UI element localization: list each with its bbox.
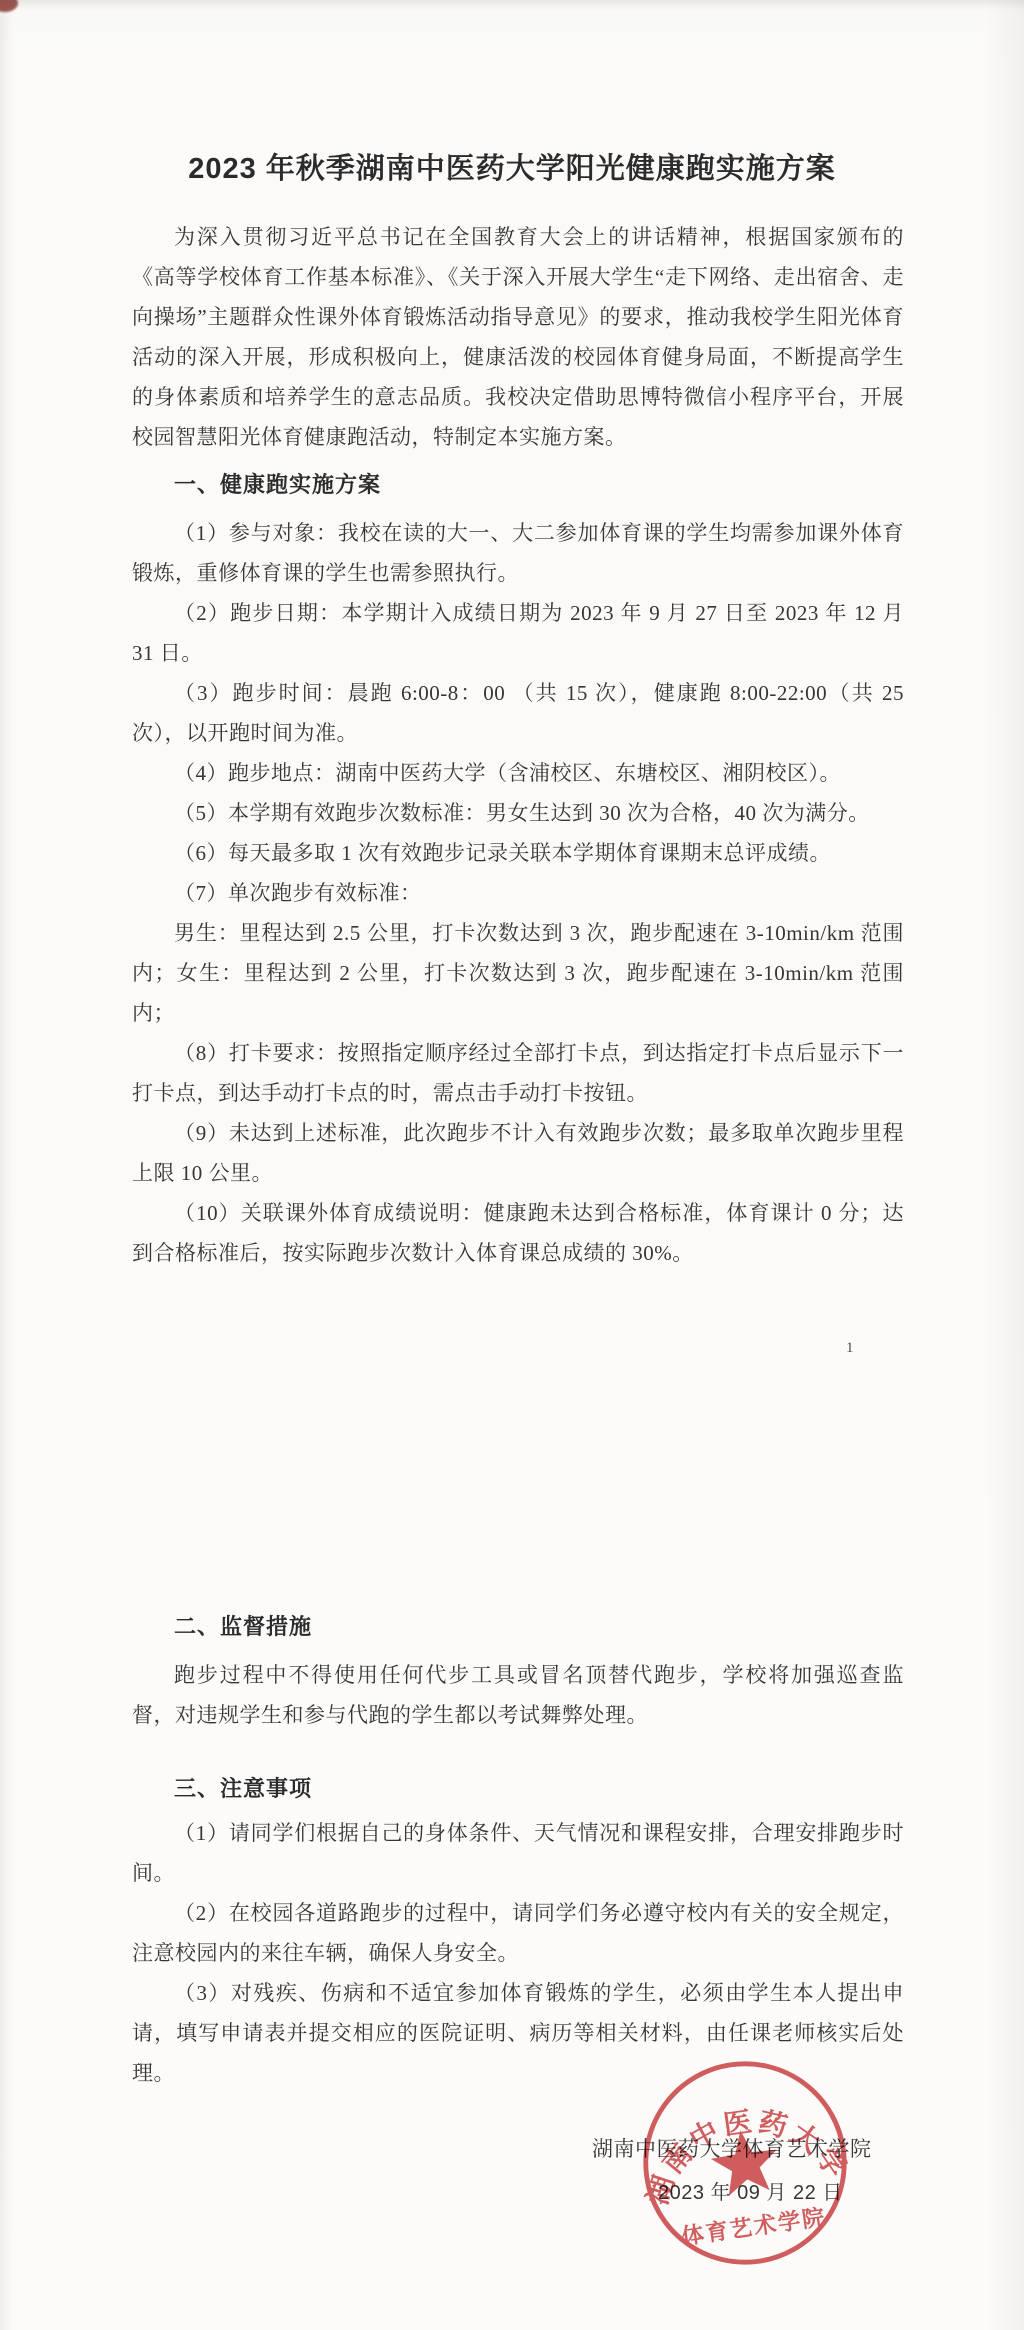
list-item: （4）跑步地点：湖南中医药大学（含浦校区、东塘校区、湘阴校区）。 bbox=[132, 753, 904, 793]
list-item: （8）打卡要求：按照指定顺序经过全部打卡点，到达指定打卡点后显示下一打卡点，到达… bbox=[132, 1033, 904, 1113]
section2-heading: 二、监督措施 bbox=[174, 1610, 312, 1641]
section3-heading: 三、注意事项 bbox=[174, 1772, 312, 1803]
document-title: 2023 年秋季湖南中医药大学阳光健康跑实施方案 bbox=[0, 146, 1024, 187]
list-item: （7）单次跑步有效标准： bbox=[132, 873, 904, 913]
section2-paragraph: 跑步过程中不得使用任何代步工具或冒名顶替代跑步，学校将加强巡查监督，对违规学生和… bbox=[132, 1655, 904, 1735]
scan-artifact-mark bbox=[0, 0, 18, 12]
official-seal-stamp-icon: 湖南中医药大学 体育艺术学院 bbox=[624, 2042, 866, 2284]
list-item: （5）本学期有效跑步次数标准：男女生达到 30 次为合格，40 次为满分。 bbox=[132, 793, 904, 833]
scanned-document-page: 2023 年秋季湖南中医药大学阳光健康跑实施方案 为深入贯彻习近平总书记在全国教… bbox=[0, 0, 1024, 2330]
section1-heading: 一、健康跑实施方案 bbox=[174, 468, 381, 499]
section1-items: （1）参与对象：我校在读的大一、大二参加体育课的学生均需参加课外体育锻炼，重修体… bbox=[132, 513, 904, 1273]
list-item: 男生：里程达到 2.5 公里，打卡次数达到 3 次，跑步配速在 3-10min/… bbox=[132, 913, 904, 1033]
intro-paragraph: 为深入贯彻习近平总书记在全国教育大会上的讲话精神，根据国家颁布的《高等学校体育工… bbox=[132, 217, 904, 457]
list-item: （2）跑步日期：本学期计入成绩日期为 2023 年 9 月 27 日至 2023… bbox=[132, 593, 904, 673]
list-item: （3）跑步时间：晨跑 6:00-8：00 （共 15 次），健康跑 8:00-2… bbox=[132, 673, 904, 753]
page-number: 1 bbox=[846, 1340, 854, 1357]
list-item: （10）关联课外体育成绩说明：健康跑未达到合格标准，体育课计 0 分；达到合格标… bbox=[132, 1193, 904, 1273]
list-item: （1）请同学们根据自己的身体条件、天气情况和课程安排，合理安排跑步时间。 bbox=[132, 1813, 904, 1893]
list-item: （2）在校园各道路跑步的过程中，请同学们务必遵守校内有关的安全规定，注意校园内的… bbox=[132, 1893, 904, 1973]
list-item: （6）每天最多取 1 次有效跑步记录关联本学期体育课期末总评成绩。 bbox=[132, 833, 904, 873]
list-item: （9）未达到上述标准，此次跑步不计入有效跑步次数；最多取单次跑步里程上限 10 … bbox=[132, 1113, 904, 1193]
list-item: （1）参与对象：我校在读的大一、大二参加体育课的学生均需参加课外体育锻炼，重修体… bbox=[132, 513, 904, 593]
